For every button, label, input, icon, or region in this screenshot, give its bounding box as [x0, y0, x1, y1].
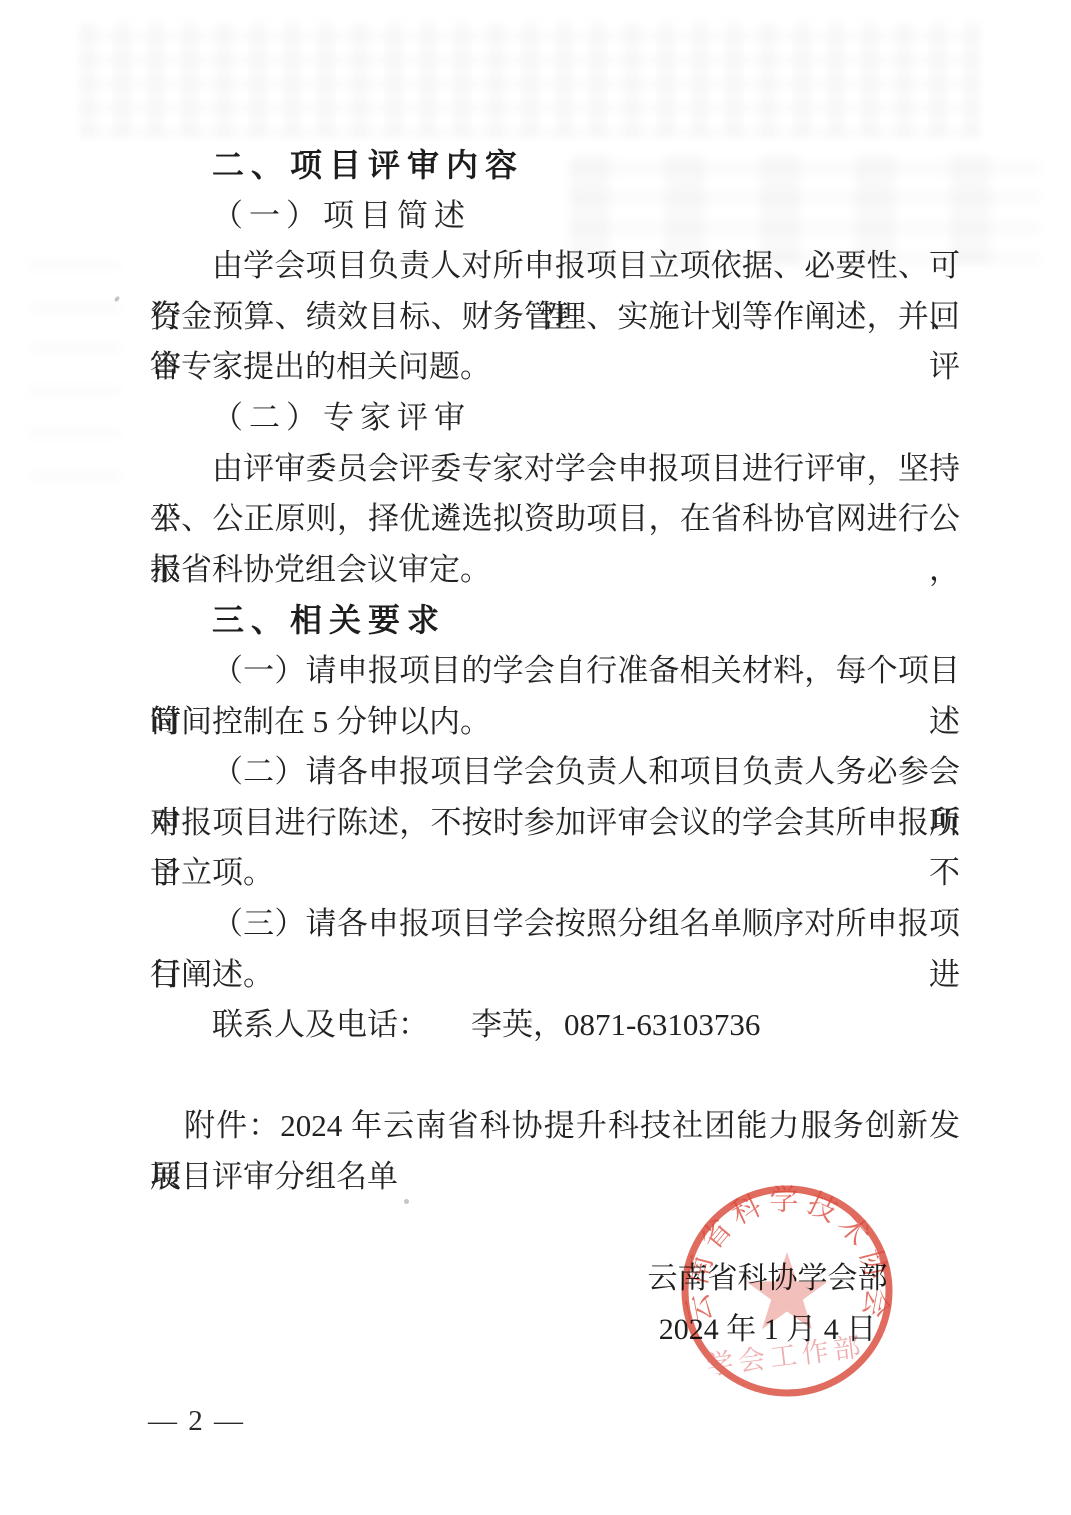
signature-date: 2024 年 1 月 4 日 — [645, 1304, 890, 1355]
paragraph-line: 由评审委员会评委专家对学会申报项目进行评审，坚持公 — [150, 444, 960, 495]
page-number: — 2 — — [148, 1405, 245, 1438]
section-heading-2: 二、项目评审内容 — [150, 140, 960, 191]
subsection-heading-2-1: （一）项目简述 — [150, 191, 960, 242]
attachment-line-2: 项目评审分组名单 — [150, 1152, 960, 1203]
paragraph-line: 资金预算、绩效目标、财务管理、实施计划等作阐述，并回答评 — [150, 292, 960, 343]
subsection-heading-2-2: （二）专家评审 — [150, 393, 960, 444]
blank-line — [150, 1051, 960, 1102]
attachment-line-1: 附件：2024 年云南省科协提升科技社团能力服务创新发展 — [150, 1101, 960, 1152]
document-page: 二、项目评审内容 （一）项目简述 由学会项目负责人对所申报项目立项依据、必要性、… — [0, 0, 1071, 1515]
scan-speck — [114, 295, 121, 302]
contact-value: 李英，0871-63103736 — [471, 1007, 760, 1042]
section-heading-3: 三、相关要求 — [150, 595, 960, 646]
signature-org: 云南省科协学会部 — [645, 1253, 890, 1304]
contact-line: 联系人及电话：李英，0871-63103736 — [150, 1000, 960, 1051]
paragraph-line: 申报项目进行陈述，不按时参加评审会议的学会其所申报项目不 — [150, 798, 960, 849]
scan-artifact-top — [80, 22, 980, 137]
signature-block: 云南省科协学会部 2024 年 1 月 4 日 — [645, 1253, 890, 1355]
paragraph-line: （三）请各申报项目学会按照分组名单顺序对所申报项目进 — [150, 899, 960, 950]
document-body: 二、项目评审内容 （一）项目简述 由学会项目负责人对所申报项目立项依据、必要性、… — [150, 140, 960, 1202]
contact-label: 联系人及电话： — [212, 1007, 429, 1042]
paragraph-line: （二）请各申报项目学会负责人和项目负责人务必参会对所 — [150, 747, 960, 798]
paragraph-line: （一）请申报项目的学会自行准备相关材料，每个项目简述 — [150, 646, 960, 697]
paragraph-line: 由学会项目负责人对所申报项目立项依据、必要性、可行性、 — [150, 241, 960, 292]
scan-artifact-left — [30, 250, 120, 480]
paragraph-line: 平、公正原则，择优遴选拟资助项目，在省科协官网进行公示， — [150, 494, 960, 545]
